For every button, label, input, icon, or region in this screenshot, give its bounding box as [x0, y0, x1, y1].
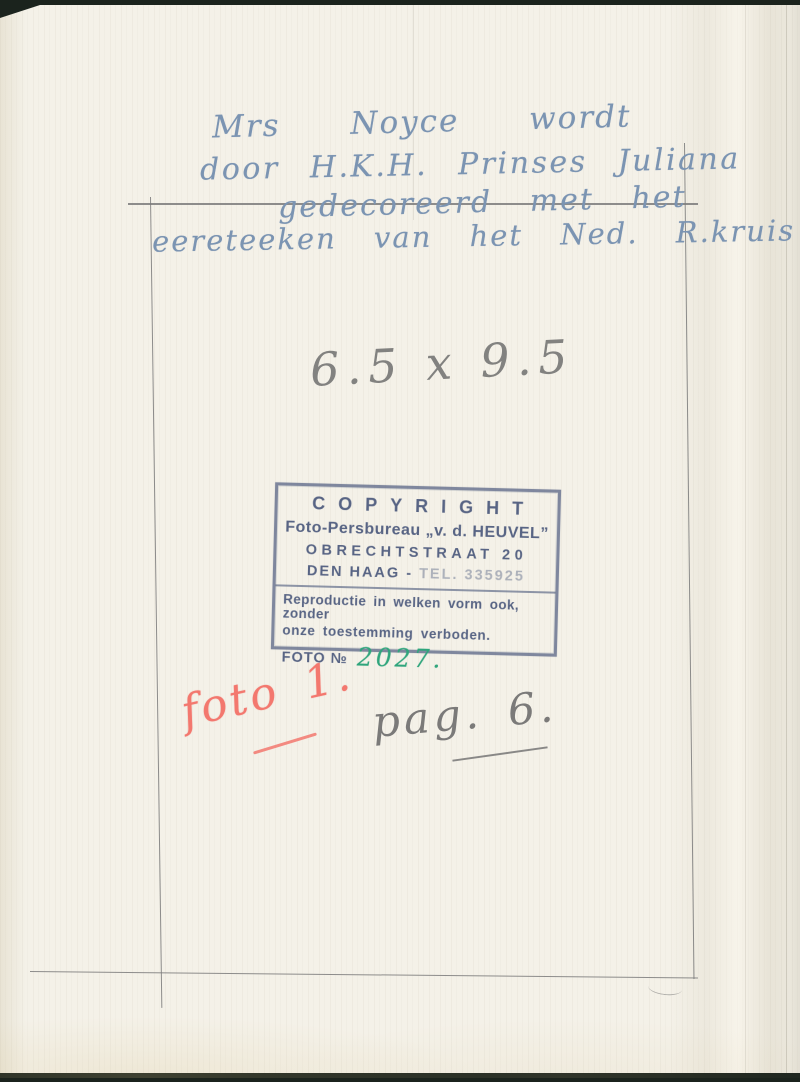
- paper-left-shade: [0, 5, 26, 1073]
- crop-mark-top: [128, 203, 698, 205]
- stamp-city-phone: DEN HAAG - TEL. 335925: [276, 563, 556, 585]
- paper-crease: [413, 5, 414, 220]
- foto-number-value: 2027.: [357, 642, 444, 673]
- stamp-notice-line-1: Reproductie in welken vorm ook, zonder: [275, 592, 556, 626]
- stamp-phone: TEL. 335925: [419, 566, 525, 585]
- foto-number-label: FOTO №: [281, 649, 348, 667]
- photo-back: Mrs Noyce wordt door H.K.H. Prinses Juli…: [0, 0, 800, 1082]
- stamp-city: DEN HAAG -: [307, 563, 414, 582]
- stamp-bureau: Foto-Persbureau „v. d. HEUVEL”: [277, 519, 557, 542]
- stamp-street: OBRECHTSTRAAT 20: [276, 542, 556, 564]
- paper-crease: [786, 5, 787, 1073]
- paper-bottom-stain: [0, 990, 800, 1078]
- copyright-stamp: COPYRIGHT Foto-Persbureau „v. d. HEUVEL”…: [271, 482, 561, 656]
- paper-crease: [745, 5, 746, 1073]
- stamp-title: COPYRIGHT: [277, 493, 557, 518]
